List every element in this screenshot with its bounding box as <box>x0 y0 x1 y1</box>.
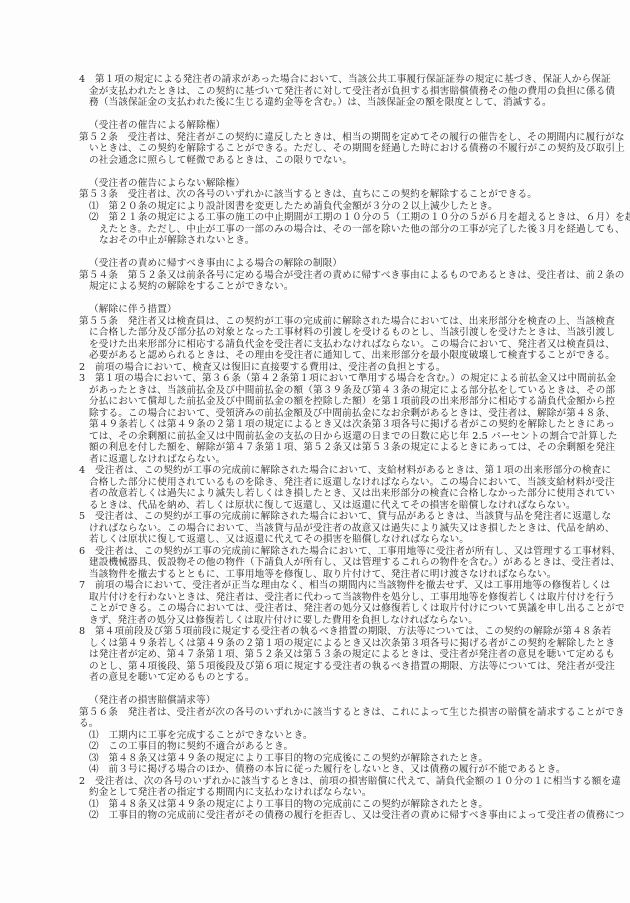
text-line: 者の意見を聴いて定めるものとする。 <box>79 672 551 684</box>
text-line: 2 前項の場合において、検査又は復旧に直接要する費用は、受注者の負担とする。 <box>79 362 551 374</box>
text-line: の社会通念に照らして軽微であるときは、この限りでない。 <box>79 155 551 167</box>
text-line: えたとき。ただし、中止が工事の一部のみの場合は、その一部を除いた他の部分の工事が… <box>79 224 551 236</box>
text-line: 規定による契約の解除をすることができない。 <box>79 281 551 293</box>
text-line: 金が支払われたときは、この契約に基づいて発注者に対して受注者が負担する損害賠償債… <box>79 86 551 98</box>
text-line: に合格した部分及び部分払の対象となった工事材料の引渡しを受けるものとし、当該引渡… <box>79 327 551 339</box>
blank-line <box>79 166 551 178</box>
text-line: 3 第１項の場合において、第３６条（第４２条第１項において準用する場合を含む。）… <box>79 373 551 385</box>
article-heading: （受注者の催告による解除権） <box>79 120 551 132</box>
text-line: 第５６条 発注者は、受注者が次の各号のいずれかに該当するときは、これによって生じ… <box>79 707 551 719</box>
text-line: 第５３条 受注者は、次の各号のいずれかに該当するときは、直ちにこの契約を解除する… <box>79 189 551 201</box>
text-line: ⑵ この工事目的物に契約不適合があるとき。 <box>79 741 551 753</box>
article-heading: （発注者の損害賠償請求等） <box>79 695 551 707</box>
text-line: 除する。この場合において、受領済みの前払金額及び中間前払金になお余剰があるときは… <box>79 408 551 420</box>
article-heading: （解除に伴う措置） <box>79 304 551 316</box>
text-line: 額の利息を付した額を、解除が第４７条第１項、第５２条又は第５３条の規定によるとき… <box>79 442 551 454</box>
text-line: 7 前項の場合において、受注者が正当な理由なく、相当の期間内に当該物件を撤去せず… <box>79 580 551 592</box>
text-line: しくは第４９条若しくは第４９条の２第１項の規定によるとき又は次条第３項各号に掲げ… <box>79 638 551 650</box>
text-line: は発注者が定め、第４７条第１項、第５２条又は第５３条の規定によるときは、受注者が… <box>79 649 551 661</box>
blank-line <box>79 293 551 305</box>
text-line: 第５２条 受注者は、発注者がこの契約に違反したときは、相当の期間を定めてその履行… <box>79 132 551 144</box>
text-line: 取片付けを行わないときは、発注者は、受注者に代わって当該物件を処分し、工事用地等… <box>79 592 551 604</box>
text-line: なおその中止が解除されないとき。 <box>79 235 551 247</box>
text-line: ⑴ 工期内に工事を完成することができないとき。 <box>79 730 551 742</box>
text-line: のとし、第４項後段、第５項後段及び第６項に規定する受注者の執るべき措置の期限、方… <box>79 661 551 673</box>
text-line: 約金として発注者の指定する期間内に支払わなければならない。 <box>79 787 551 799</box>
text-line: 建設機械器具、仮設物その他の物件（下請負人が所有し、又は管理するこれらの物件を含… <box>79 557 551 569</box>
text-line: ければならない。この場合において、当該貸与品が受注者の故意又は過失により滅失又は… <box>79 523 551 535</box>
blank-line <box>79 109 551 121</box>
text-line: いときは、この契約を解除することができる。ただし、その期間を経過した時における債… <box>79 143 551 155</box>
blank-line <box>79 684 551 696</box>
text-line: る。 <box>79 718 551 730</box>
text-line: 5 受注者は、この契約が工事の完成前に解除された場合において、貸与品があるときは… <box>79 511 551 523</box>
text-line: 分払において償却した前払金及び中間前払金の額を控除した額）を第１項前段の出来形部… <box>79 396 551 408</box>
text-line: 合格した部分に使用されているものを除き、発注者に返還しなければならない。この場合… <box>79 477 551 489</box>
text-line: ⑵ 第２１条の規定による工事の施工の中止期間が工期の１０分の５（工期の１０分の５… <box>79 212 551 224</box>
text-line: 若しくは原状に復して返還し、又は返還に代えてその損害を賠償しなければならない。 <box>79 534 551 546</box>
text-line: ⑷ 前３号に掲げる場合のほか、債務の本旨に従った履行をしないとき、又は債務の履行… <box>79 764 551 776</box>
article-heading: （受注者の催告によらない解除権） <box>79 178 551 190</box>
text-line: 4 受注者は、この契約が工事の完成前に解除された場合において、支給材料があるとき… <box>79 465 551 477</box>
text-line: 者に返還しなければならない。 <box>79 454 551 466</box>
text-line: きず、発注者の処分又は修復若しくは取片付けに要した費用を負担しなければならない。 <box>79 615 551 627</box>
text-line: ⑴ 第４８条又は第４９条の規定により工事目的物の完成前にこの契約が解除されたとき… <box>79 799 551 811</box>
blank-line <box>79 247 551 259</box>
text-line: ことができる。この場合においては、受注者は、発注者の処分又は修復若しくは取片付け… <box>79 603 551 615</box>
text-line: 第４９条若しくは第４９条の２第１項の規定によるとき又は次条第３項各号に掲げる者が… <box>79 419 551 431</box>
text-line: 8 第４項前段及び第５項前段に規定する受注者の執るべき措置の期限、方法等について… <box>79 626 551 638</box>
text-line: があったときは、当該前払金及び中間前払金の額（第３９条及び第４３条の規定による部… <box>79 385 551 397</box>
text-line: 6 受注者は、この契約が工事の完成前に解除された場合において、工事用地等に受注者… <box>79 546 551 558</box>
text-line: ては、その余剰額に前払金又は中間前払金の支払の日から返還の日までの日数に応じ年 … <box>79 431 551 443</box>
text-line: るときは、代品を納め、若しくは原状に復して返還し、又は返還に代えてその損害を賠償… <box>79 500 551 512</box>
text-line: 者の故意若しくは過失により滅失し若しくはき損したとき、又は出来形部分の検査に合格… <box>79 488 551 500</box>
text-line: 4 第１項の規定による発注者の請求があった場合において、当該公共工事履行保証証券… <box>79 74 551 86</box>
text-line: 2 受注者は、次の各号のいずれかに該当するときは、前項の損害賠償に代えて、請負代… <box>79 776 551 788</box>
text-line: 第５５条 発注者又は検査員は、この契約が工事の完成前に解除された場合においては、… <box>79 316 551 328</box>
text-line: 必要があると認められるときは、その理由を受注者に通知して、出来形部分を最小限度破… <box>79 350 551 362</box>
article-heading: （受注者の責めに帰すべき事由による場合の解除の制限） <box>79 258 551 270</box>
document-page: 4 第１項の規定による発注者の請求があった場合において、当該公共工事履行保証証券… <box>0 0 630 903</box>
document-body: 4 第１項の規定による発注者の請求があった場合において、当該公共工事履行保証証券… <box>79 74 551 822</box>
text-line: ⑴ 第２０条の規定により設計図書を変更したため請負代金額が３分の２以上減少したと… <box>79 201 551 213</box>
text-line: ⑵ 工事目的物の完成前に受注者がその債務の履行を拒否し、又は受注者の責めに帰すべ… <box>79 810 551 822</box>
text-line: 第５４条 第５２条又は前条各号に定める場合が受注者の責めに帰すべき事由によるもの… <box>79 270 551 282</box>
text-line: 務（当該保証金の支払われた後に生じる違約金等を含む。）は、当該保証金の額を限度と… <box>79 97 551 109</box>
text-line: 当該物件を撤去するとともに、工事用地等を修復し、取り片付けて、発注者に明け渡さな… <box>79 569 551 581</box>
text-line: を受けた出来形部分に相応する請負代金を受注者に支払わなければならない。この場合に… <box>79 339 551 351</box>
text-line: ⑶ 第４８条又は第４９条の規定により工事目的物の完成後にこの契約が解除されたとき… <box>79 753 551 765</box>
